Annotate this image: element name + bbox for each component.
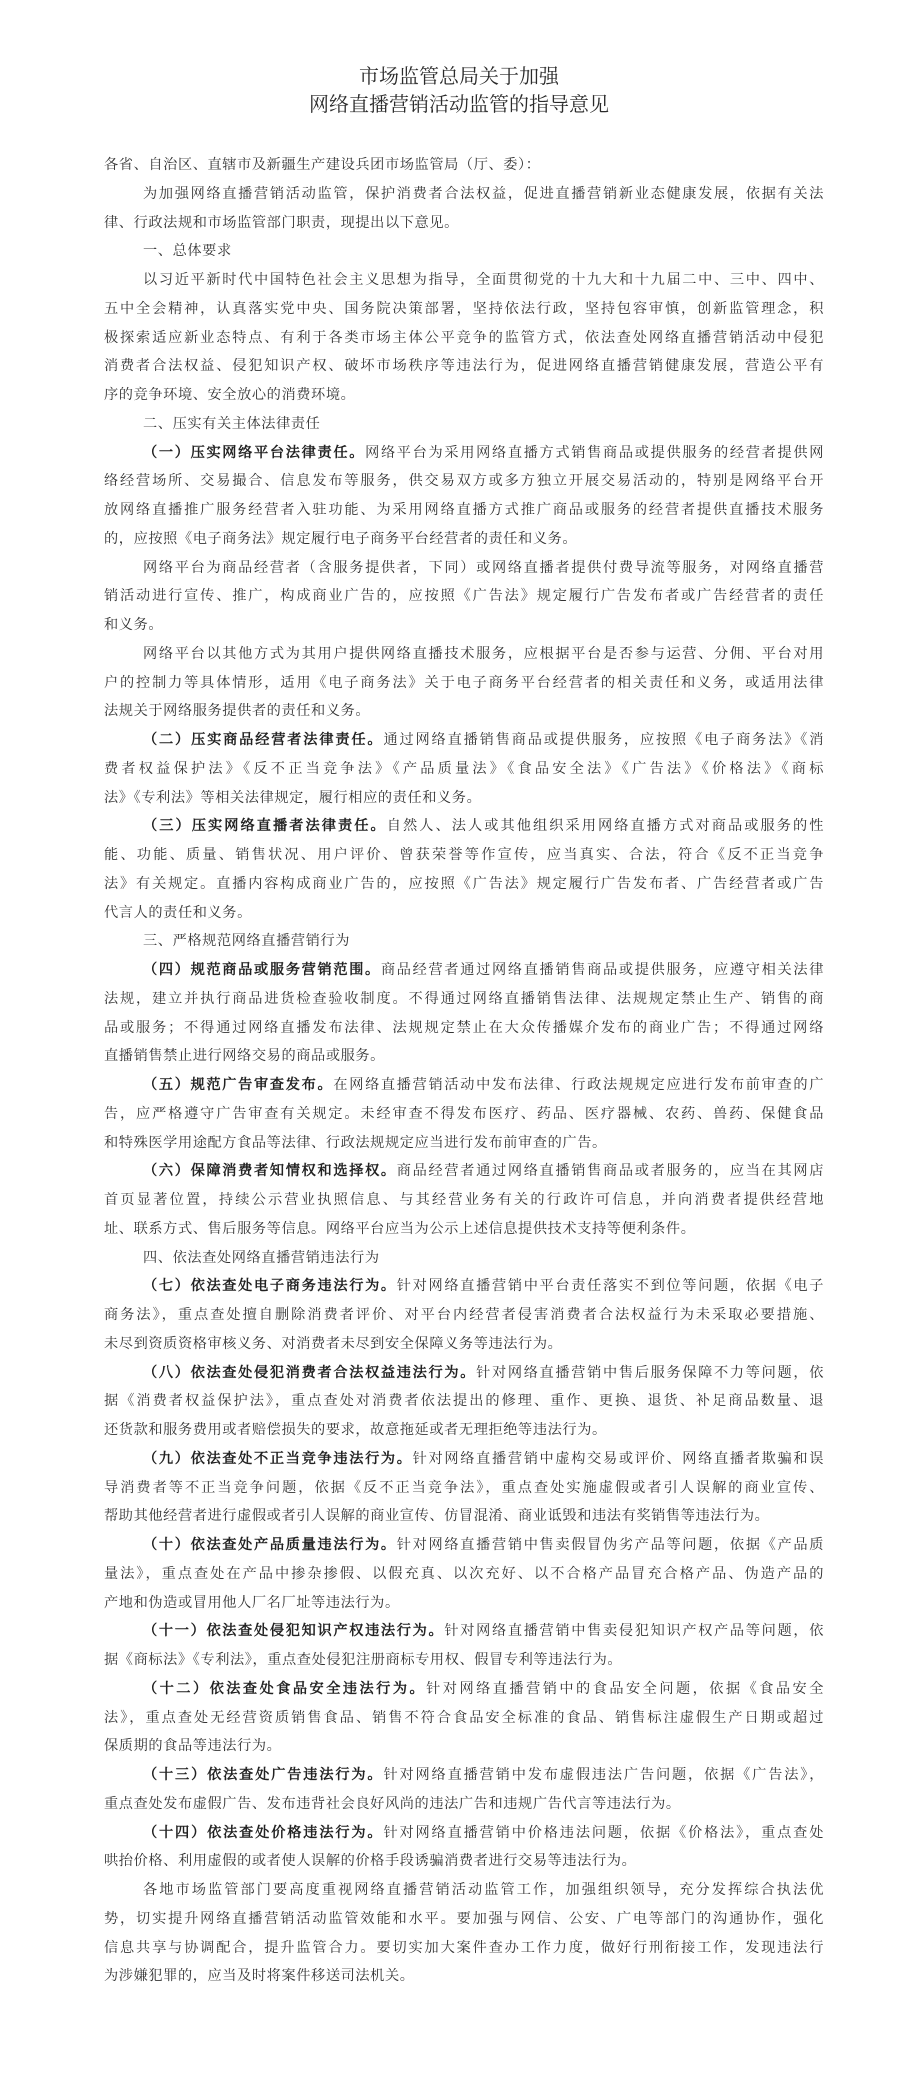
line-text: 在网络直播营销活动中发布法律、行政法规规定应进行发布前审查的广 xyxy=(333,1077,824,1093)
line-text: 品或服务；不得通过网络直播发布法律、法规规定禁止在大众传播媒介发布的商业广告；不… xyxy=(104,1020,824,1036)
line-text: 保质期的食品等违法行为。 xyxy=(104,1738,281,1754)
paragraph-line: 首页显著位置，持续公示营业执照信息、与其经营业务有关的行政许可信息，并向消费者提… xyxy=(104,1186,824,1215)
paragraph-line: 址、联系方式、售后服务等信息。网络平台应当为公示上述信息提供技术支持等便利条件。 xyxy=(104,1215,824,1244)
document-title: 市场监管总局关于加强 网络直播营销活动监管的指导意见 xyxy=(0,62,918,118)
paragraph-line: 势，切实提升网络直播营销活动监管效能和水平。要加强与网信、公安、广电等部门的沟通… xyxy=(104,1905,824,1934)
line-text: 据《商标法》《专利法》，重点查处侵犯注册商标专用权、假冒专利等违法行为。 xyxy=(104,1652,622,1668)
line-text: 各地市场监管部门要高度重视网络直播营销活动监管工作，加强组织领导，充分发挥综合执… xyxy=(143,1882,824,1898)
line-text: 五中全会精神，认真落实党中央、国务院决策部署，坚持依法行政，坚持包容审慎，创新监… xyxy=(104,301,824,317)
paragraph-line: 哄抬价格、利用虚假的或者使人误解的价格手段诱骗消费者进行交易等违法行为。 xyxy=(104,1847,824,1876)
bold-clause-title: （六）保障消费者知情权和选择权。 xyxy=(143,1163,397,1179)
paragraph-line: 放网络直播推广服务经营者入驻功能、为采用网络直播方式推广商品或服务的经营者提供直… xyxy=(104,496,824,525)
line-text: 针对网络直播营销中售后服务保障不力等问题，依 xyxy=(476,1365,824,1381)
line-text: 法》《专利法》等相关法律规定，履行相应的责任和义务。 xyxy=(104,790,481,806)
bold-clause-title: （七）依法查处电子商务违法行为。 xyxy=(143,1278,397,1294)
line-text: 帮助其他经营者进行虚假或者引人误解的商业宣传、仿冒混淆、商业诋毁和违法有奖销售等… xyxy=(104,1508,769,1524)
section-heading-line: （六）保障消费者知情权和选择权。商品经营者通过网络直播销售商品或者服务的，应当在… xyxy=(104,1157,824,1186)
paragraph-line: 的，应按照《电子商务法》规定履行电子商务平台经营者的责任和义务。 xyxy=(104,525,824,554)
paragraph-line: 序的竞争环境、安全放心的消费环境。 xyxy=(104,381,824,410)
bold-clause-title: （一）压实网络平台法律责任。 xyxy=(143,445,365,461)
line-text: 商务法》，重点查处擅自删除消费者评价、对平台内经营者侵害消费者合法权益行为未采取… xyxy=(104,1307,824,1323)
title-line-1: 市场监管总局关于加强 xyxy=(0,62,918,90)
line-text: 针对网络直播营销中虚构交易或评价、网络直播者欺骗和误 xyxy=(413,1451,824,1467)
section-heading-line: （八）依法查处侵犯消费者合法权益违法行为。针对网络直播营销中售后服务保障不力等问… xyxy=(104,1359,824,1388)
line-text: 量法》，重点查处在产品中掺杂掺假、以假充真、以次充好、以不合格产品冒充合格产品、… xyxy=(104,1566,824,1582)
line-text: 针对网络直播营销中平台责任落实不到位等问题，依据《电子 xyxy=(397,1278,824,1294)
paragraph-line: 三、严格规范网络直播营销行为 xyxy=(104,927,824,956)
line-text: 针对网络直播营销中的食品安全问题，依据《食品安全 xyxy=(426,1681,824,1697)
paragraph-line: 为涉嫌犯罪的，应当及时将案件移送司法机关。 xyxy=(104,1962,824,1991)
line-text: 极探索适应新业态特点、有利于各类市场主体公平竞争的监管方式，依法查处网络直播营销… xyxy=(104,330,824,346)
section-heading-line: （十三）依法查处广告违法行为。针对网络直播营销中发布虚假违法广告问题，依据《广告… xyxy=(104,1761,824,1790)
paragraph-line: 据《消费者权益保护法》，重点查处对消费者依法提出的修理、重作、更换、退货、补足商… xyxy=(104,1387,824,1416)
section-heading-line: （三）压实网络直播者法律责任。自然人、法人或其他组织采用网络直播方式对商品或服务… xyxy=(104,812,824,841)
paragraph-line: 法规关于网络服务提供者的责任和义务。 xyxy=(104,697,824,726)
line-text: 告，应严格遵守广告审查有关规定。未经审查不得发布医疗、药品、医疗器械、农药、兽药… xyxy=(104,1106,824,1122)
bold-clause-title: （十三）依法查处广告违法行为。 xyxy=(143,1767,383,1783)
bold-clause-title: （九）依法查处不正当竞争违法行为。 xyxy=(143,1451,413,1467)
paragraph-line: 五中全会精神，认真落实党中央、国务院决策部署，坚持依法行政，坚持包容审慎，创新监… xyxy=(104,295,824,324)
line-text: 还货款和服务费用或者赔偿损失的要求，故意拖延或者无理拒绝等违法行为。 xyxy=(104,1422,607,1438)
line-text: 的，应按照《电子商务法》规定履行电子商务平台经营者的责任和义务。 xyxy=(104,531,577,547)
paragraph-line: 络经营场所、交易撮合、信息发布等服务，供交易双方或多方独立开展交易活动的，特别是… xyxy=(104,467,824,496)
section-heading-line: （四）规范商品或服务营销范围。商品经营者通过网络直播销售商品或提供服务，应遵守相… xyxy=(104,956,824,985)
line-text: 络经营场所、交易撮合、信息发布等服务，供交易双方或多方独立开展交易活动的，特别是… xyxy=(104,473,824,489)
section-heading-line: （十四）依法查处价格违法行为。针对网络直播营销中价格违法问题，依据《价格法》，重… xyxy=(104,1819,824,1848)
section-heading-line: （十一）依法查处侵犯知识产权违法行为。针对网络直播营销中售卖侵犯知识产权产品等问… xyxy=(104,1617,824,1646)
section-heading-line: （十二）依法查处食品安全违法行为。针对网络直播营销中的食品安全问题，依据《食品安… xyxy=(104,1675,824,1704)
paragraph-line: 和义务。 xyxy=(104,611,824,640)
paragraph-line: 还货款和服务费用或者赔偿损失的要求，故意拖延或者无理拒绝等违法行为。 xyxy=(104,1416,824,1445)
paragraph-line: 法》《专利法》等相关法律规定，履行相应的责任和义务。 xyxy=(104,784,824,813)
section-heading-line: （十）依法查处产品质量违法行为。针对网络直播营销中售卖假冒伪劣产品等问题，依据《… xyxy=(104,1531,824,1560)
line-text: 通过网络直播销售商品或提供服务，应按照《电子商务法》《消 xyxy=(383,732,824,748)
line-text: 序的竞争环境、安全放心的消费环境。 xyxy=(104,387,355,403)
line-text: 为加强网络直播营销活动监管，保护消费者合法权益，促进直播营销新业态健康发展，依据… xyxy=(143,186,824,202)
bold-clause-title: （四）规范商品或服务营销范围。 xyxy=(143,962,381,978)
paragraph-line: 各地市场监管部门要高度重视网络直播营销活动监管工作，加强组织领导，充分发挥综合执… xyxy=(104,1876,824,1905)
paragraph-line: 二、压实有关主体法律责任 xyxy=(104,410,824,439)
line-text: 法规，建立并执行商品进货检查验收制度。不得通过网络直播销售法律、法规规定禁止生产… xyxy=(104,991,824,1007)
paragraph-line: 重点查处发布虚假广告、发布违背社会良好风尚的违法广告和违规广告代言等违法行为。 xyxy=(104,1790,824,1819)
bold-clause-title: （三）压实网络直播者法律责任。 xyxy=(143,818,387,834)
line-text: 费者权益保护法》《反不正当竞争法》《产品质量法》《食品安全法》《广告法》《价格法… xyxy=(104,761,824,777)
paragraph-line: 户的控制力等具体情形，适用《电子商务法》关于电子商务平台经营者的相关责任和义务，… xyxy=(104,669,824,698)
paragraph-line: 各省、自治区、直辖市及新疆生产建设兵团市场监管局（厅、委）： xyxy=(104,151,824,180)
line-text: 四、依法查处网络直播营销违法行为 xyxy=(143,1250,380,1266)
line-text: 自然人、法人或其他组织采用网络直播方式对商品或服务的性 xyxy=(387,818,824,834)
bold-clause-title: （十一）依法查处侵犯知识产权违法行为。 xyxy=(143,1623,444,1639)
paragraph-line: 据《商标法》《专利法》，重点查处侵犯注册商标专用权、假冒专利等违法行为。 xyxy=(104,1646,824,1675)
line-text: 销活动进行宣传、推广，构成商业广告的，应按照《广告法》规定履行广告发布者或广告经… xyxy=(104,588,824,604)
line-text: 针对网络直播营销中发布虚假违法广告问题，依据《广告法》， xyxy=(383,1767,824,1783)
paragraph-line: 告，应严格遵守广告审查有关规定。未经审查不得发布医疗、药品、医疗器械、农药、兽药… xyxy=(104,1100,824,1129)
paragraph-line: 销活动进行宣传、推广，构成商业广告的，应按照《广告法》规定履行广告发布者或广告经… xyxy=(104,582,824,611)
paragraph-line: 导消费者等不正当竞争问题，依据《反不正当竞争法》，重点查处实施虚假或者引人误解的… xyxy=(104,1474,824,1503)
line-text: 未尽到资质资格审核义务、对消费者未尽到安全保障义务等违法行为。 xyxy=(104,1336,562,1352)
section-heading-line: （九）依法查处不正当竞争违法行为。针对网络直播营销中虚构交易或评价、网络直播者欺… xyxy=(104,1445,824,1474)
line-text: 信息共享与协调配合，提升监管合力。要切实加大案件查办工作力度，做好行刑衔接工作，… xyxy=(104,1940,824,1956)
paragraph-line: 四、依法查处网络直播营销违法行为 xyxy=(104,1244,824,1273)
line-text: 针对网络直播营销中售卖假冒伪劣产品等问题，依据《产品质 xyxy=(397,1537,824,1553)
paragraph-line: 网络平台以其他方式为其用户提供网络直播技术服务，应根据平台是否参与运营、分佣、平… xyxy=(104,640,824,669)
line-text: 律、行政法规和市场监管部门职责，现提出以下意见。 xyxy=(104,215,459,231)
line-text: 势，切实提升网络直播营销活动监管效能和水平。要加强与网信、公安、广电等部门的沟通… xyxy=(104,1911,824,1927)
line-text: 首页显著位置，持续公示营业执照信息、与其经营业务有关的行政许可信息，并向消费者提… xyxy=(104,1192,824,1208)
line-text: 商品经营者通过网络直播销售商品或者服务的，应当在其网店 xyxy=(397,1163,824,1179)
paragraph-line: 网络平台为商品经营者（含服务提供者，下同）或网络直播者提供付费导流等服务，对网络… xyxy=(104,554,824,583)
bold-clause-title: （十二）依法查处食品安全违法行为。 xyxy=(143,1681,426,1697)
line-text: 户的控制力等具体情形，适用《电子商务法》关于电子商务平台经营者的相关责任和义务，… xyxy=(104,675,824,691)
line-text: 产地和伪造或冒用他人厂名厂址等违法行为。 xyxy=(104,1595,400,1611)
paragraph-line: 直播销售禁止进行网络交易的商品或服务。 xyxy=(104,1042,824,1071)
paragraph-line: 代言人的责任和义务。 xyxy=(104,899,824,928)
paragraph-line: 保质期的食品等违法行为。 xyxy=(104,1732,824,1761)
document-body: 各省、自治区、直辖市及新疆生产建设兵团市场监管局（厅、委）：为加强网络直播营销活… xyxy=(104,151,824,1991)
line-text: 针对网络直播营销中价格违法问题，依据《价格法》，重点查处 xyxy=(383,1825,824,1841)
line-text: 和特殊医学用途配方食品等法律、行政法规规定应当进行发布前审查的广告。 xyxy=(104,1135,607,1151)
paragraph-line: 以习近平新时代中国特色社会主义思想为指导，全面贯彻党的十九大和十九届二中、三中、… xyxy=(104,266,824,295)
line-text: 各省、自治区、直辖市及新疆生产建设兵团市场监管局（厅、委）： xyxy=(104,157,541,173)
line-text: 以习近平新时代中国特色社会主义思想为指导，全面贯彻党的十九大和十九届二中、三中、… xyxy=(143,272,824,288)
paragraph-line: 帮助其他经营者进行虚假或者引人误解的商业宣传、仿冒混淆、商业诋毁和违法有奖销售等… xyxy=(104,1502,824,1531)
bold-clause-title: （十）依法查处产品质量违法行为。 xyxy=(143,1537,397,1553)
line-text: 能、功能、质量、销售状况、用户评价、曾获荣誉等作宣传，应当真实、合法，符合《反不… xyxy=(104,847,824,863)
line-text: 三、严格规范网络直播营销行为 xyxy=(143,933,350,949)
paragraph-line: 消费者合法权益、侵犯知识产权、破坏市场秩序等违法行为，促进网络直播营销健康发展，… xyxy=(104,352,824,381)
paragraph-line: 产地和伪造或冒用他人厂名厂址等违法行为。 xyxy=(104,1589,824,1618)
paragraph-line: 极探索适应新业态特点、有利于各类市场主体公平竞争的监管方式，依法查处网络直播营销… xyxy=(104,324,824,353)
line-text: 代言人的责任和义务。 xyxy=(104,905,252,921)
line-text: 放网络直播推广服务经营者入驻功能、为采用网络直播方式推广商品或服务的经营者提供直… xyxy=(104,502,824,518)
paragraph-line: 量法》，重点查处在产品中掺杂掺假、以假充真、以次充好、以不合格产品冒充合格产品、… xyxy=(104,1560,824,1589)
line-text: 消费者合法权益、侵犯知识产权、破坏市场秩序等违法行为，促进网络直播营销健康发展，… xyxy=(104,358,824,374)
line-text: 针对网络直播营销中售卖侵犯知识产权产品等问题，依 xyxy=(444,1623,824,1639)
line-text: 法》有关规定。直播内容构成商业广告的，应按照《广告法》规定履行广告发布者、广告经… xyxy=(104,876,824,892)
paragraph-line: 法规，建立并执行商品进货检查验收制度。不得通过网络直播销售法律、法规规定禁止生产… xyxy=(104,985,824,1014)
paragraph-line: 律、行政法规和市场监管部门职责，现提出以下意见。 xyxy=(104,209,824,238)
paragraph-line: 能、功能、质量、销售状况、用户评价、曾获荣誉等作宣传，应当真实、合法，符合《反不… xyxy=(104,841,824,870)
line-text: 和义务。 xyxy=(104,617,163,633)
paragraph-line: 未尽到资质资格审核义务、对消费者未尽到安全保障义务等违法行为。 xyxy=(104,1330,824,1359)
paragraph-line: 费者权益保护法》《反不正当竞争法》《产品质量法》《食品安全法》《广告法》《价格法… xyxy=(104,755,824,784)
paragraph-line: 品或服务；不得通过网络直播发布法律、法规规定禁止在大众传播媒介发布的商业广告；不… xyxy=(104,1014,824,1043)
section-heading-line: （五）规范广告审查发布。在网络直播营销活动中发布法律、行政法规规定应进行发布前审… xyxy=(104,1071,824,1100)
bold-clause-title: （五）规范广告审查发布。 xyxy=(143,1077,333,1093)
section-heading-line: （一）压实网络平台法律责任。网络平台为采用网络直播方式销售商品或提供服务的经营者… xyxy=(104,439,824,468)
line-text: 商品经营者通过网络直播销售商品或提供服务，应遵守相关法律 xyxy=(381,962,824,978)
line-text: 网络平台以其他方式为其用户提供网络直播技术服务，应根据平台是否参与运营、分佣、平… xyxy=(143,646,824,662)
section-heading-line: （二）压实商品经营者法律责任。通过网络直播销售商品或提供服务，应按照《电子商务法… xyxy=(104,726,824,755)
line-text: 据《消费者权益保护法》，重点查处对消费者依法提出的修理、重作、更换、退货、补足商… xyxy=(104,1393,824,1409)
line-text: 网络平台为商品经营者（含服务提供者，下同）或网络直播者提供付费导流等服务，对网络… xyxy=(143,560,824,576)
line-text: 法》，重点查处无经营资质销售食品、销售不符合食品安全标准的食品、销售标注虚假生产… xyxy=(104,1710,824,1726)
paragraph-line: 法》，重点查处无经营资质销售食品、销售不符合食品安全标准的食品、销售标注虚假生产… xyxy=(104,1704,824,1733)
line-text: 法规关于网络服务提供者的责任和义务。 xyxy=(104,703,370,719)
line-text: 二、压实有关主体法律责任 xyxy=(143,416,320,432)
line-text: 一、总体要求 xyxy=(143,243,232,259)
bold-clause-title: （十四）依法查处价格违法行为。 xyxy=(143,1825,383,1841)
paragraph-line: 为加强网络直播营销活动监管，保护消费者合法权益，促进直播营销新业态健康发展，依据… xyxy=(104,180,824,209)
section-heading-line: （七）依法查处电子商务违法行为。针对网络直播营销中平台责任落实不到位等问题，依据… xyxy=(104,1272,824,1301)
line-text: 为涉嫌犯罪的，应当及时将案件移送司法机关。 xyxy=(104,1968,415,1984)
paragraph-line: 商务法》，重点查处擅自删除消费者评价、对平台内经营者侵害消费者合法权益行为未采取… xyxy=(104,1301,824,1330)
paragraph-line: 一、总体要求 xyxy=(104,237,824,266)
paragraph-line: 信息共享与协调配合，提升监管合力。要切实加大案件查办工作力度，做好行刑衔接工作，… xyxy=(104,1934,824,1963)
title-line-2: 网络直播营销活动监管的指导意见 xyxy=(0,90,918,118)
line-text: 址、联系方式、售后服务等信息。网络平台应当为公示上述信息提供技术支持等便利条件。 xyxy=(104,1221,696,1237)
bold-clause-title: （二）压实商品经营者法律责任。 xyxy=(143,732,383,748)
line-text: 重点查处发布虚假广告、发布违背社会良好风尚的违法广告和违规广告代言等违法行为。 xyxy=(104,1796,681,1812)
line-text: 哄抬价格、利用虚假的或者使人误解的价格手段诱骗消费者进行交易等违法行为。 xyxy=(104,1853,636,1869)
line-text: 导消费者等不正当竞争问题，依据《反不正当竞争法》，重点查处实施虚假或者引人误解的… xyxy=(104,1480,824,1496)
paragraph-line: 法》有关规定。直播内容构成商业广告的，应按照《广告法》规定履行广告发布者、广告经… xyxy=(104,870,824,899)
bold-clause-title: （八）依法查处侵犯消费者合法权益违法行为。 xyxy=(143,1365,476,1381)
line-text: 直播销售禁止进行网络交易的商品或服务。 xyxy=(104,1048,385,1064)
line-text: 网络平台为采用网络直播方式销售商品或提供服务的经营者提供网 xyxy=(365,445,824,461)
paragraph-line: 和特殊医学用途配方食品等法律、行政法规规定应当进行发布前审查的广告。 xyxy=(104,1129,824,1158)
